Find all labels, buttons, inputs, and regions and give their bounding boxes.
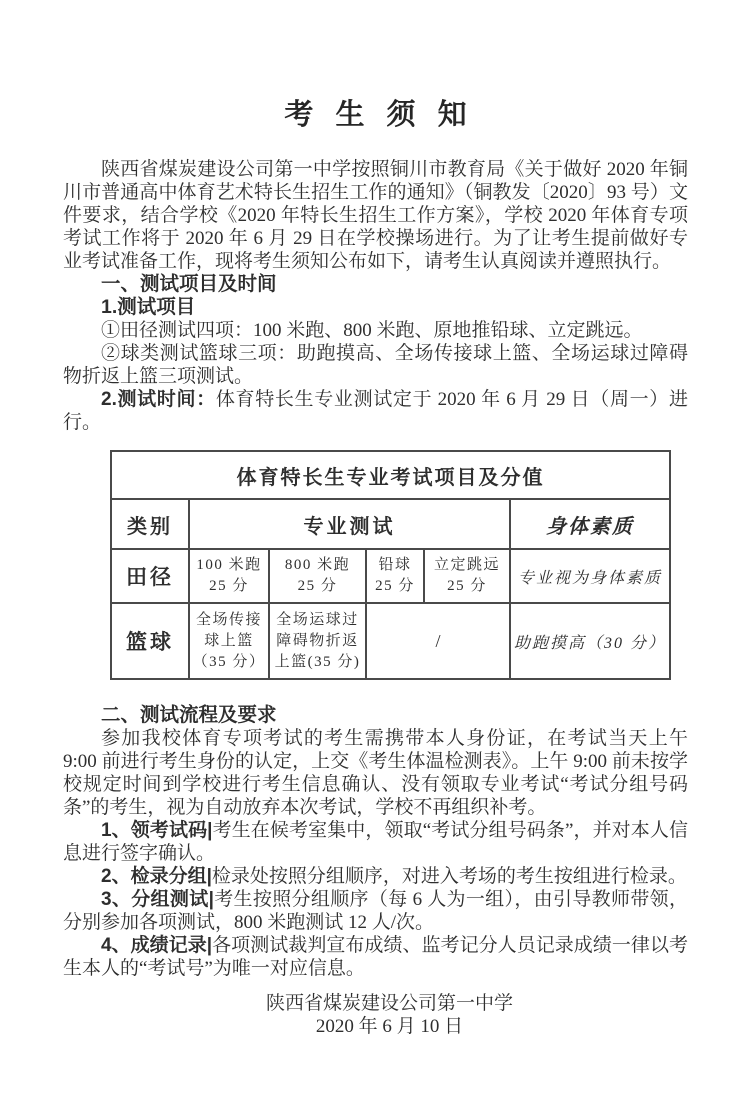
school-name: 陕西省煤炭建设公司第一中学 xyxy=(77,992,702,1015)
section1-sub-heading: 1.测试项目 xyxy=(63,296,688,319)
procedure-item-2: 2、检录分组|检录处按照分组顺序，对进入考场的考生按组进行检录。 xyxy=(63,865,688,888)
test-time-label: 2.测试时间： xyxy=(101,389,216,410)
section1-heading: 一、测试项目及时间 xyxy=(63,273,688,296)
header-category: 类别 xyxy=(111,499,189,549)
table-row-track: 田径 100 米跑 25 分 800 米跑 25 分 铅球 25 分 立定跳远 … xyxy=(111,549,670,603)
intro-paragraph: 陕西省煤炭建设公司第一中学按照铜川市教育局《关于做好 2020 年铜川市普通高中… xyxy=(63,158,688,273)
cell-standing-jump: 立定跳远 25 分 xyxy=(424,549,510,603)
cell-fullcourt-dribble-layup: 全场运球过 障碍物折返 上篮(35 分) xyxy=(269,603,366,679)
cell-track-category: 田径 xyxy=(111,549,189,603)
signature-block: 陕西省煤炭建设公司第一中学 2020 年 6 月 10 日 xyxy=(77,992,702,1038)
procedure-item-1-label: 1、领考试码 xyxy=(101,820,207,841)
procedure-item-4: 4、成绩记录|各项测试裁判宣布成绩、监考记分人员记录成绩一律以考生本人的“考试号… xyxy=(63,934,688,980)
cell-slash: / xyxy=(366,603,510,679)
cell-basketball-category: 篮球 xyxy=(111,603,189,679)
procedure-item-2-label: 2、检录分组 xyxy=(101,866,207,887)
cell-shot-put: 铅球 25 分 xyxy=(366,549,424,603)
header-physical-quality: 身体素质 xyxy=(510,499,670,549)
cell-fullcourt-pass-layup: 全场传接 球上篮 （35 分） xyxy=(189,603,269,679)
signature-date: 2020 年 6 月 10 日 xyxy=(77,1015,702,1038)
document-page: 考 生 须 知 陕西省煤炭建设公司第一中学按照铜川市教育局《关于做好 2020 … xyxy=(0,0,750,1099)
procedure-item-3: 3、分组测试|考生按照分组顺序（每 6 人为一组），由引导教师带领，分别参加各项… xyxy=(63,888,688,934)
section2-heading: 二、测试流程及要求 xyxy=(63,704,688,727)
cell-800m-run: 800 米跑 25 分 xyxy=(269,549,366,603)
table-header-row: 类别 专业测试 身体素质 xyxy=(111,499,670,549)
procedure-item-3-label: 3、分组测试 xyxy=(101,889,209,910)
cell-track-physical: 专业视为身体素质 xyxy=(510,549,670,603)
table-row-basketball: 篮球 全场传接 球上篮 （35 分） 全场运球过 障碍物折返 上篮(35 分) … xyxy=(111,603,670,679)
cell-basketball-physical: 助跑摸高（30 分） xyxy=(510,603,670,679)
cell-100m-run: 100 米跑 25 分 xyxy=(189,549,269,603)
table-title-row: 体育特长生专业考试项目及分值 xyxy=(111,451,670,499)
procedure-item-4-label: 4、成绩记录 xyxy=(101,935,207,956)
section2-paragraph: 参加我校体育专项考试的考生需携带本人身份证，在考试当天上午 9:00 前进行考生… xyxy=(63,727,688,819)
procedure-item-2-text: 检录处按照分组顺序，对进入考场的考生按组进行检录。 xyxy=(212,866,687,887)
table-title: 体育特长生专业考试项目及分值 xyxy=(111,451,670,499)
section1-test-time: 2.测试时间：体育特长生专业测试定于 2020 年 6 月 29 日（周一）进行… xyxy=(63,388,688,434)
procedure-item-1: 1、领考试码|考生在候考室集中，领取“考试分组号码条”，并对本人信息进行签字确认… xyxy=(63,819,688,865)
page-title: 考 生 须 知 xyxy=(63,98,688,132)
score-table: 体育特长生专业考试项目及分值 类别 专业测试 身体素质 田径 100 米跑 25… xyxy=(110,450,671,680)
section1-bullet-track: ①田径测试四项：100 米跑、800 米跑、原地推铅球、立定跳远。 xyxy=(63,319,688,342)
header-professional-test: 专业测试 xyxy=(189,499,510,549)
section1-bullet-ball: ②球类测试篮球三项：助跑摸高、全场传接球上篮、全场运球过障碍物折返上篮三项测试。 xyxy=(63,342,688,388)
